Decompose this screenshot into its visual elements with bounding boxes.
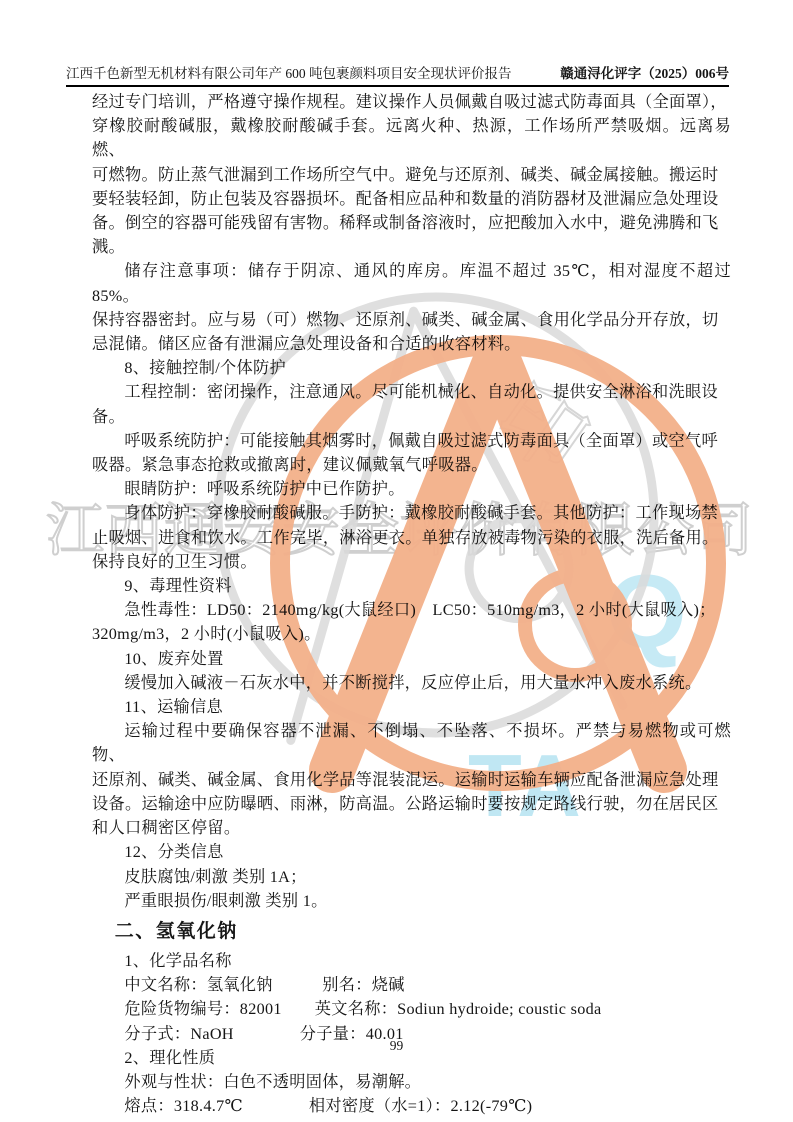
paragraph: 危险货物编号：82001 英文名称：Sodiun hydroide; coust… <box>92 997 731 1021</box>
section-heading: 二、氢氧化钠 <box>92 917 731 947</box>
page-number: 99 <box>0 1038 793 1054</box>
paragraph: 运输过程中要确保容器不泄漏、不倒塌、不坠落、不损坏。严禁与易燃物或可燃物、 还原… <box>92 719 731 840</box>
body-paragraphs: 经过专门培训，严格遵守操作规程。建议操作人员佩戴自吸过滤式防毒面具（全面罩）， … <box>92 90 731 1118</box>
paragraph: 呼吸系统防护：可能接触其烟雾时，佩戴自吸过滤式防毒面具（全面罩）或空气呼 吸器。… <box>92 429 731 477</box>
paragraph: 9、毒理性资料 <box>92 574 731 598</box>
paragraph: 急性毒性：LD50：2140mg/kg(大鼠经口) LC50：510mg/m3，… <box>92 598 731 646</box>
paragraph: 熔点：318.4.7℃ 相对密度（水=1）：2.12(-79℃) <box>92 1094 731 1118</box>
paragraph: 11、运输信息 <box>92 695 731 719</box>
header-report-title: 江西千色新型无机材料有限公司年产 600 吨包裹颜料项目安全现状评价报告 <box>66 66 512 82</box>
paragraph: 1、化学品名称 <box>92 949 731 973</box>
header-doc-number: 赣通浔化评字（2025）006号 <box>560 66 729 82</box>
paragraph: 工程控制：密闭操作，注意通风。尽可能机械化、自动化。提供安全淋浴和洗眼设 备。 <box>92 380 731 428</box>
paragraph: 12、分类信息 <box>92 840 731 864</box>
paragraph: 眼睛防护：呼吸系统防护中已作防护。 <box>92 477 731 501</box>
paragraph: 缓慢加入碱液－石灰水中，并不断搅拌，反应停止后，用大量水冲入废水系统。 <box>92 671 731 695</box>
paragraph: 8、接触控制/个体防护 <box>92 356 731 380</box>
paragraph: 外观与性状：白色不透明固体，易潮解。 <box>92 1070 731 1094</box>
paragraph: 储存注意事项：储存于阴凉、通风的库房。库温不超过 35℃，相对湿度不超过 85%… <box>92 259 731 356</box>
paragraph: 严重眼损伤/眼刺激 类别 1。 <box>92 889 731 913</box>
paragraph: 皮肤腐蚀/刺激 类别 1A； <box>92 865 731 889</box>
document-page: 江西千色新型无机材料有限公司年产 600 吨包裹颜料项目安全现状评价报告 赣通浔… <box>0 0 793 1122</box>
paragraph: 经过专门培训，严格遵守操作规程。建议操作人员佩戴自吸过滤式防毒面具（全面罩）， … <box>92 90 731 259</box>
paragraph: 身体防护：穿橡胶耐酸碱服。手防护：戴橡胶耐酸碱手套。其他防护：工作现场禁 止吸烟… <box>92 501 731 574</box>
paragraph: 10、废弃处置 <box>92 647 731 671</box>
paragraph: 中文名称：氢氧化钠 别名：烧碱 <box>92 973 731 997</box>
page-header: 江西千色新型无机材料有限公司年产 600 吨包裹颜料项目安全现状评价报告 赣通浔… <box>66 66 729 87</box>
